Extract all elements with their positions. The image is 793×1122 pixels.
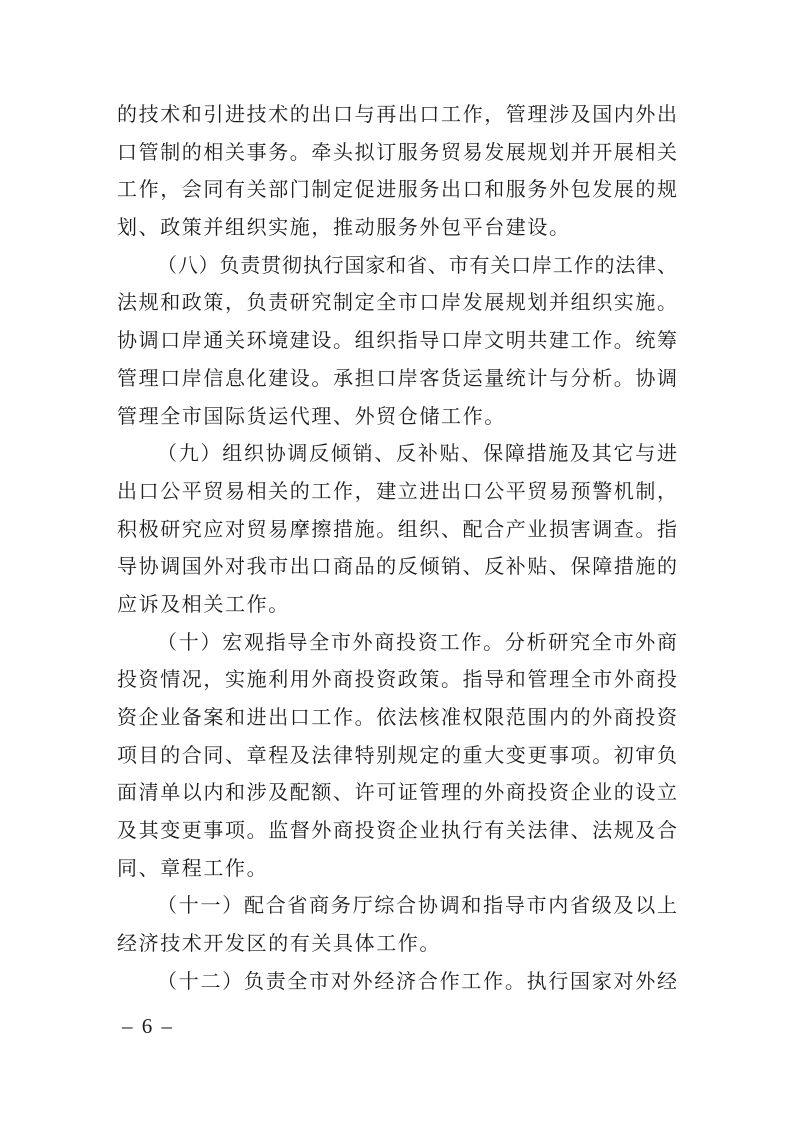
text-line: 的技术和引进技术的出口与再出口工作，管理涉及国内外出 <box>117 97 677 135</box>
text-line: 项目的合同、章程及法律特别规定的重大变更事项。初审负 <box>117 738 677 776</box>
text-line: 积极研究应对贸易摩擦措施。组织、配合产业损害调查。指 <box>117 512 677 550</box>
text-line: 法规和政策，负责研究制定全市口岸发展规划并组织实施。 <box>117 285 677 323</box>
text-line: 应诉及相关工作。 <box>117 587 677 625</box>
text-line: （十）宏观指导全市外商投资工作。分析研究全市外商 <box>117 625 677 663</box>
text-line: 经济技术开发区的有关具体工作。 <box>117 926 677 964</box>
text-line: （九）组织协调反倾销、反补贴、保障措施及其它与进 <box>117 436 677 474</box>
text-line: 管理全市国际货运代理、外贸仓储工作。 <box>117 399 677 437</box>
text-line: 出口公平贸易相关的工作，建立进出口公平贸易预警机制， <box>117 474 677 512</box>
text-line: 口管制的相关事务。牵头拟订服务贸易发展规划并开展相关 <box>117 135 677 173</box>
document-body: 的技术和引进技术的出口与再出口工作，管理涉及国内外出口管制的相关事务。牵头拟订服… <box>117 97 677 1002</box>
text-line: 投资情况，实施利用外商投资政策。指导和管理全市外商投 <box>117 662 677 700</box>
text-line: 同、章程工作。 <box>117 851 677 889</box>
text-line: （十二）负责全市对外经济合作工作。执行国家对外经 <box>117 964 677 1002</box>
text-line: （八）负责贯彻执行国家和省、市有关口岸工作的法律、 <box>117 248 677 286</box>
text-line: 资企业备案和进出口工作。依法核准权限范围内的外商投资 <box>117 700 677 738</box>
text-line: 协调口岸通关环境建设。组织指导口岸文明共建工作。统筹 <box>117 323 677 361</box>
page-number-label: – 6 – <box>122 1014 174 1039</box>
text-line: 导协调国外对我市出口商品的反倾销、反补贴、保障措施的 <box>117 549 677 587</box>
text-line: 工作，会同有关部门制定促进服务出口和服务外包发展的规 <box>117 172 677 210</box>
document-page: 的技术和引进技术的出口与再出口工作，管理涉及国内外出口管制的相关事务。牵头拟订服… <box>0 0 793 1122</box>
text-line: 划、政策并组织实施，推动服务外包平台建设。 <box>117 210 677 248</box>
text-line: （十一）配合省商务厅综合协调和指导市内省级及以上 <box>117 888 677 926</box>
text-line: 面清单以内和涉及配额、许可证管理的外商投资企业的设立 <box>117 775 677 813</box>
text-line: 及其变更事项。监督外商投资企业执行有关法律、法规及合 <box>117 813 677 851</box>
text-line: 管理口岸信息化建设。承担口岸客货运量统计与分析。协调 <box>117 361 677 399</box>
